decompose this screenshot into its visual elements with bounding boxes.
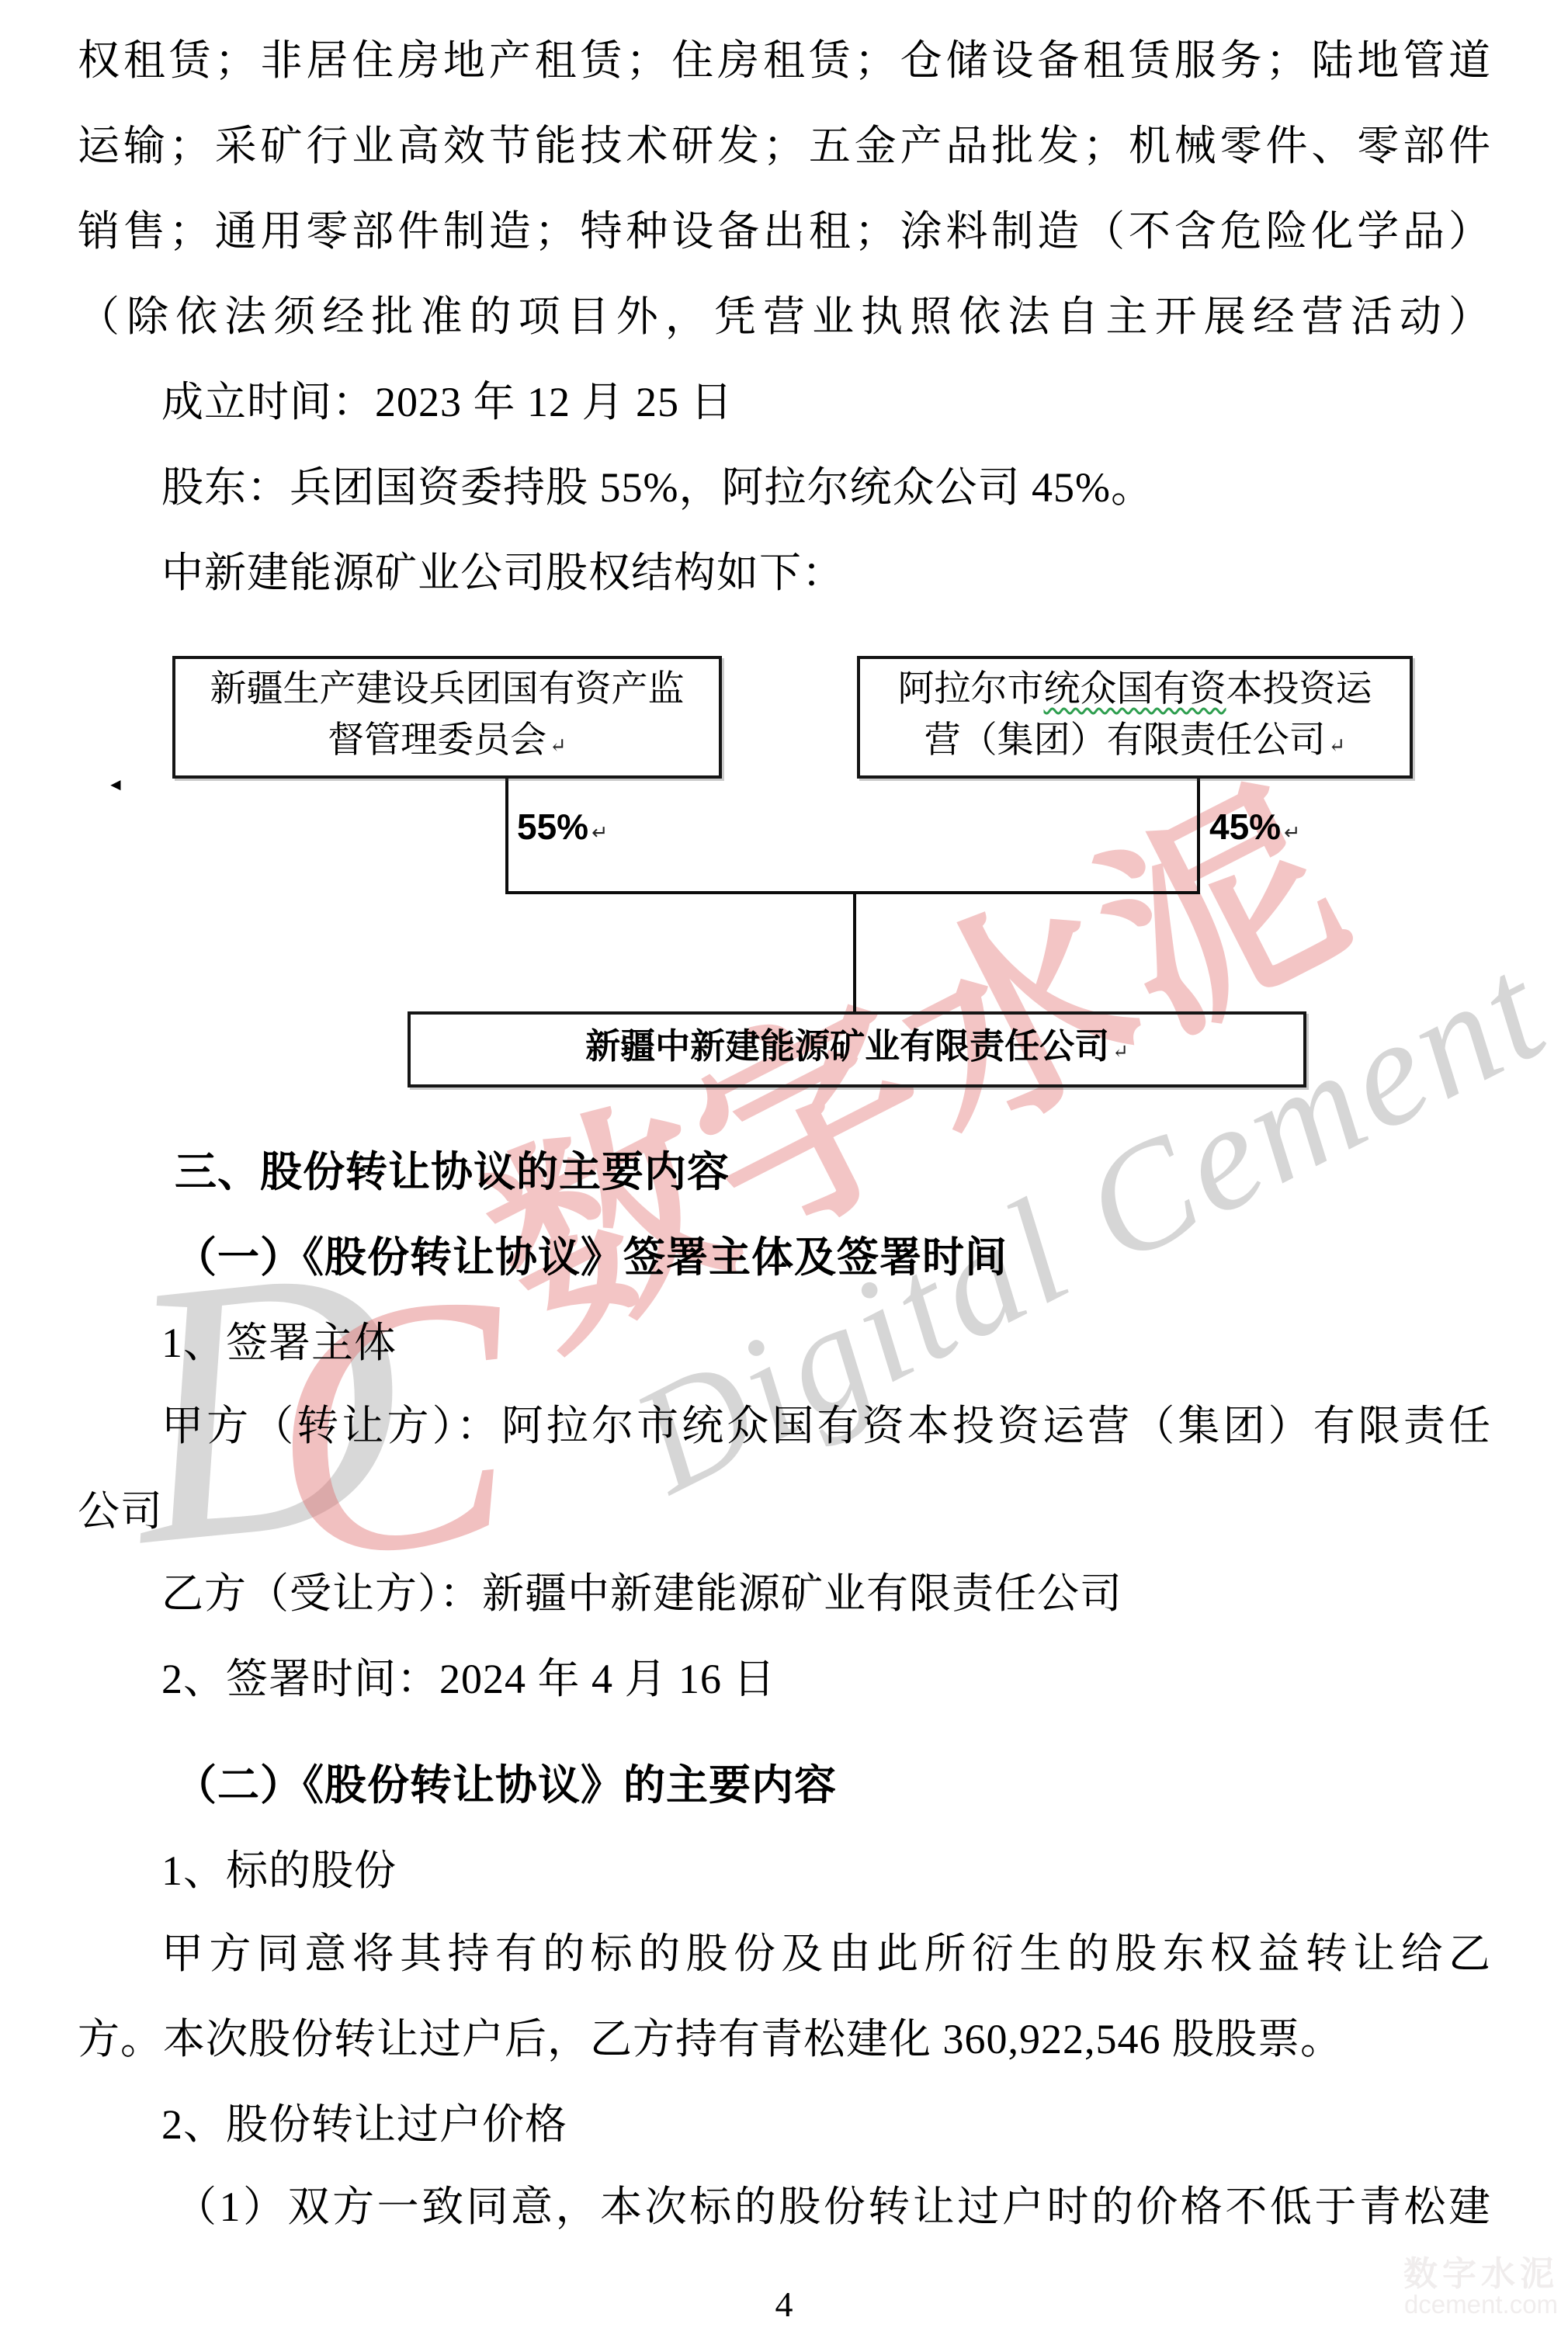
spellcheck-underline: 统众国有资 — [1044, 669, 1226, 709]
org-box-line: 新疆生产建设兵团国有资产监 — [175, 664, 719, 715]
paragraph-line: 权租赁；非居住房地产租赁；住房租赁；仓储设备租赁服务；陆地管道 — [78, 37, 1490, 84]
org-box-line: 营（集团）有限责任公司↵ — [860, 715, 1410, 772]
share-label-55: 55%↵ — [517, 806, 608, 848]
paragraph-line: 股东：兵团国资委持股 55%，阿拉尔统众公司 45%。 — [161, 464, 1153, 511]
paragraph-line: 2、签署时间：2024 年 4 月 16 日 — [161, 1656, 776, 1702]
paragraph-line: 公司 — [78, 1488, 163, 1535]
page-number: 4 — [0, 2284, 1568, 2325]
paragraph-line: 甲方同意将其持有的标的股份及由此所衍生的股东权益转让给乙 — [161, 1930, 1490, 1977]
org-box-alaer-tongzhong: 阿拉尔市统众国有资本投资运 营（集团）有限责任公司↵ — [857, 656, 1413, 779]
paragraph-line: 方。本次股份转让过户后，乙方持有青松建化 360,922,546 股股票。 — [78, 2016, 1343, 2062]
org-box-line: 新疆中新建能源矿业有限责任公司↵ — [411, 1021, 1303, 1078]
connector-line-right — [1197, 777, 1200, 893]
paragraph-line: 成立时间：2023 年 12 月 25 日 — [161, 379, 734, 425]
paragraph-line: 销售；通用零部件制造；特种设备出租；涂料制造（不含危险化学品） — [78, 208, 1490, 255]
org-box-bingtuan-sasac: 新疆生产建设兵团国有资产监 督管理委员会↵ — [172, 656, 722, 779]
paragraph-line: 甲方（转让方）：阿拉尔市统众国有资本投资运营（集团）有限责任 — [161, 1403, 1490, 1449]
connector-line-center — [853, 893, 856, 1014]
paragraph-line: 1、签署主体 — [161, 1320, 397, 1366]
connector-line-left — [505, 777, 508, 893]
paragraph-line: 中新建能源矿业公司股权结构如下： — [161, 550, 845, 596]
paragraph-line: （1）双方一致同意，本次标的股份转让过户时的价格不低于青松建 — [175, 2184, 1490, 2230]
paragraph-line: 1、标的股份 — [161, 1847, 397, 1894]
document-page: D C 数字水泥 Digital Cement 数字水泥 dcement.com… — [0, 0, 1568, 2345]
paragraph-return-icon: ↵ — [1329, 734, 1346, 757]
paragraph-line: （除依法须经批准的项目外，凭营业执照依法自主开展经营活动） — [78, 293, 1490, 340]
anchor-icon: ◄ — [107, 775, 124, 795]
paragraph-line: （二）《股份转让协议》的主要内容 — [175, 1762, 837, 1809]
paragraph-line: （一）《股份转让协议》签署主体及签署时间 — [175, 1234, 1008, 1281]
org-box-line: 督管理委员会↵ — [175, 715, 719, 772]
paragraph-return-icon: ↵ — [550, 734, 567, 757]
paragraph-return-icon: ↵ — [1112, 1042, 1129, 1063]
paragraph-line: 2、股份转让过户价格 — [161, 2101, 567, 2148]
paragraph-return-icon: ↵ — [1284, 822, 1300, 844]
paragraph-line: 乙方（受让方）：新疆中新建能源矿业有限责任公司 — [161, 1570, 1122, 1617]
paragraph-return-icon: ↵ — [591, 822, 608, 844]
org-box-line: 阿拉尔市统众国有资本投资运 — [860, 664, 1410, 715]
share-label-45: 45%↵ — [1209, 806, 1300, 848]
paragraph-line: 运输；采矿行业高效节能技术研发；五金产品批发；机械零件、零部件 — [78, 123, 1490, 169]
org-box-zhongxinjian: 新疆中新建能源矿业有限责任公司↵ — [408, 1011, 1306, 1088]
paragraph-line: 三、股份转让协议的主要内容 — [175, 1149, 730, 1195]
